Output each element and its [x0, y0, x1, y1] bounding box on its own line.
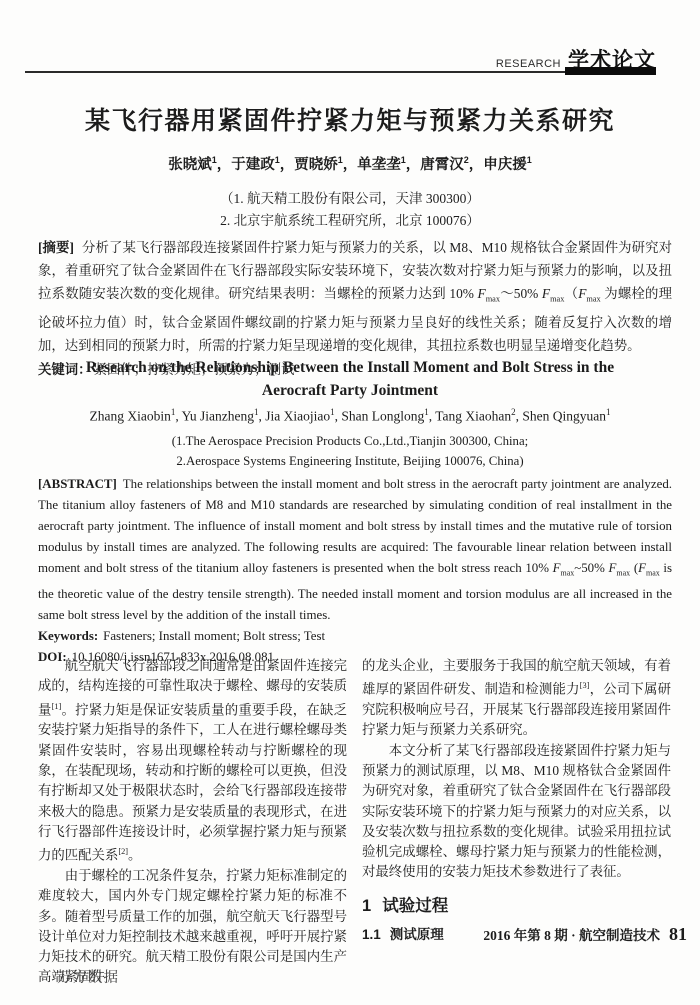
- paper-title-cn: 某飞行器用紧固件拧紧力矩与预紧力关系研究: [0, 101, 700, 137]
- section-title: 试验过程: [382, 897, 448, 915]
- affiliation-cn-line: 2. 北京宇航系统工程研究所，北京 100076）: [0, 210, 700, 232]
- footer-page-number: 81: [669, 924, 687, 945]
- affiliation-en-line: (1.The Aerospace Precision Products Co.,…: [0, 431, 700, 451]
- abstract-cn-text: 分析了某飞行器部段连接紧固件拧紧力矩与预紧力的关系，以 M8、M10 规格钛合金…: [38, 240, 672, 353]
- abstract-en-paragraph: [ABSTRACT]The relationships between the …: [38, 474, 672, 626]
- paper-page: RESEARCH 学术论文 某飞行器用紧固件拧紧力矩与预紧力关系研究 张晓斌1，…: [0, 0, 700, 1005]
- authors-en: Zhang Xiaobin1, Yu Jianzheng1, Jia Xiaoj…: [0, 407, 700, 425]
- affiliation-en-line: 2.Aerospace Systems Engineering Institut…: [0, 451, 700, 471]
- research-label: RESEARCH: [496, 58, 561, 70]
- paper-title-en: Research on the Relationship Between the…: [60, 356, 640, 402]
- abstract-en: [ABSTRACT]The relationships between the …: [38, 474, 672, 668]
- watermark-wanfang: 万方数据: [57, 966, 119, 987]
- keywords-en: Keywords:Fasteners; Install moment; Bolt…: [38, 626, 672, 647]
- body-paragraph: 的龙头企业，主要服务于我国的航空航天领域，有着雄厚的紧固件研发、制造和检测能力[…: [362, 656, 671, 741]
- body-right-paragraphs: 的龙头企业，主要服务于我国的航空航天领域，有着雄厚的紧固件研发、制造和检测能力[…: [362, 656, 671, 883]
- affiliation-cn-line: （1. 航天精工股份有限公司，天津 300300）: [0, 188, 700, 210]
- keywords-en-text: Fasteners; Install moment; Bolt stress; …: [103, 629, 325, 643]
- page-footer: 2016 年第 8 期 · 航空制造技术 81: [483, 924, 687, 945]
- subsection-title: 测试原理: [390, 927, 444, 942]
- footer-journal: 2016 年第 8 期 · 航空制造技术: [483, 924, 660, 944]
- body-left-column: 航空航天飞行器部段之间通常是由紧固件连接完成的，结构连接的可靠性取决于螺栓、螺母…: [38, 656, 347, 988]
- affiliations-cn: （1. 航天精工股份有限公司，天津 300300） 2. 北京宇航系统工程研究所…: [0, 188, 700, 231]
- section-number: 1: [362, 897, 371, 915]
- keywords-en-label: Keywords:: [38, 629, 98, 643]
- authors-cn: 张晓斌1，于建政1，贾晓娇1，单垄垄1，唐霄汉2，申庆援1: [0, 153, 700, 174]
- abstract-cn-paragraph: [摘要]分析了某飞行器部段连接紧固件拧紧力矩与预紧力的关系，以 M8、M10 规…: [38, 236, 672, 357]
- section-heading-1: 1试验过程: [362, 896, 671, 916]
- header-black-bar: [565, 67, 656, 75]
- affiliations-en: (1.The Aerospace Precision Products Co.,…: [0, 431, 700, 471]
- subsection-number: 1.1: [362, 927, 381, 942]
- header-rule: [25, 71, 565, 73]
- body-paragraph: 航空航天飞行器部段之间通常是由紧固件连接完成的，结构连接的可靠性取决于螺栓、螺母…: [38, 656, 347, 866]
- abstract-en-label: [ABSTRACT]: [38, 477, 117, 491]
- body-paragraph: 本文分析了某飞行器部段连接紧固件拧紧力矩与预紧力的测试原理，以 M8、M10 规…: [362, 741, 671, 883]
- abstract-en-text: The relationships between the install mo…: [38, 477, 672, 622]
- abstract-cn-label: [摘要]: [38, 240, 74, 255]
